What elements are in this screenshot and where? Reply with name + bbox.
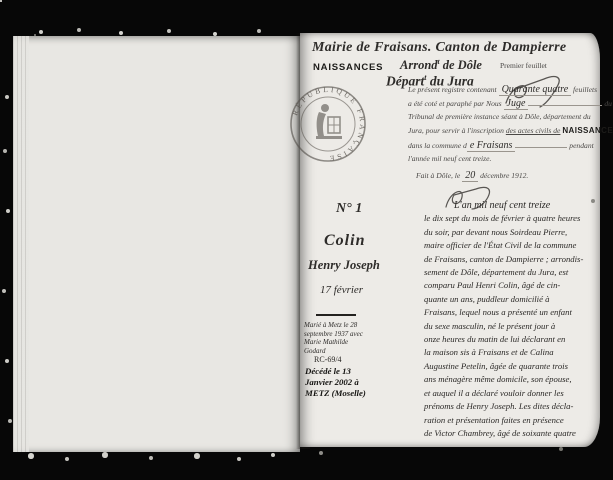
margin-given-names: Henry Joseph xyxy=(308,258,380,273)
handwritten-fill-commune: e Fraisans xyxy=(467,140,516,152)
preamble-printed: dans la commune d xyxy=(408,141,467,150)
preamble-printed: a été coté et paraphé par Nous xyxy=(408,99,502,108)
preamble-printed: Le présent registre contenant xyxy=(408,85,497,94)
act-line: prénoms de Henry Joseph. Les dites décla… xyxy=(424,400,598,413)
naissances-bold-label: NAISSANCES xyxy=(562,126,613,135)
page-title: Mairie de Fraisans. Canton de Dampierre xyxy=(312,40,566,56)
preamble-printed: pendant xyxy=(569,141,593,150)
act-line: ans ménagère même domicile, son épouse, xyxy=(424,373,598,386)
preamble-line-5: dans la commune de Fraisans pendant xyxy=(408,140,600,151)
handwritten-fill-feuillets-count: Quarante quatre xyxy=(499,84,572,96)
act-line: du sexe masculin, né le présent jour à xyxy=(424,320,598,333)
handwritten-fill-authority: Juge xyxy=(504,98,529,110)
act-line: du soir, par devant nous Soirdeau Pierre… xyxy=(424,226,598,239)
marianne-figure-icon xyxy=(316,104,342,139)
act-line: quante un ans, puddleur domicilié à xyxy=(424,293,598,306)
margin-divider-line xyxy=(316,314,356,316)
naissances-label: NAISSANCES xyxy=(313,62,383,73)
margin-reference: RC-69/4 xyxy=(314,355,342,364)
act-line: sement de Dôle, département du Jura, est xyxy=(424,266,598,279)
act-line: et auquel il a déclaré vouloir donner le… xyxy=(424,387,598,400)
death-margin-note: Décédé le 13 Janvier 2002 à METZ (Mosell… xyxy=(305,366,373,399)
act-line: Fraisans, lequel nous a présenté un enfa… xyxy=(424,306,598,319)
preamble-printed: du xyxy=(604,99,612,108)
preamble-line-1: Le présent registre contenant Quarante q… xyxy=(408,84,600,95)
arrondissement-text: Arrond xyxy=(400,58,438,72)
act-line: de Fraisans, canton de Dampierre ; arron… xyxy=(424,253,598,266)
fill-rule xyxy=(528,98,602,106)
preamble-printed: Jura, pour servir à l'inscription xyxy=(408,126,506,135)
fill-rule xyxy=(515,140,567,148)
preamble-line-3: Tribunal de première instance séant à Dô… xyxy=(408,112,600,121)
republique-francaise-stamp: RÉPUBLIQUE FRANÇAISE xyxy=(288,84,368,164)
act-line: comparu Paul Henri Colin, âgé de cin- xyxy=(424,279,598,292)
scan-noise-specks-bottom xyxy=(0,0,2,2)
act-line: L'an mil neuf cent treize xyxy=(424,199,598,212)
preamble-line-6: l'année mil neuf cent treize. xyxy=(408,154,600,163)
marriage-margin-note: Marié à Metz le 28 septembre 1937 avec M… xyxy=(304,321,370,355)
act-line: Augustine Petelin, âgée de quarante troi… xyxy=(424,360,598,373)
page-stack-edges xyxy=(13,36,29,452)
act-line: ration et présentation faites en présenc… xyxy=(424,414,598,427)
preamble-underlined: des actes civils de xyxy=(506,126,561,135)
preamble-line-2: a été coté et paraphé par Nous Juge du xyxy=(408,98,600,109)
act-page: Mairie de Fraisans. Canton de Dampierre … xyxy=(300,33,600,447)
act-line: le dix sept du mois de février à quatre … xyxy=(424,212,598,225)
act-number: N° 1 xyxy=(336,201,362,217)
act-line: maire officier de l'État Civil de la com… xyxy=(424,239,598,252)
act-line: la maison sis à Fraisans et de Calina xyxy=(424,346,598,359)
act-line: onze heures du matin de lui déclarant en xyxy=(424,333,598,346)
margin-act-date: 17 février xyxy=(320,284,363,296)
blank-left-page xyxy=(13,36,300,452)
margin-surname: Colin xyxy=(324,232,365,250)
preamble-printed: feuillets xyxy=(573,85,597,94)
preamble-line-4: Jura, pour servir à l'inscription des ac… xyxy=(408,126,600,135)
arrondissement-line: Arrondt de Dôle xyxy=(400,57,482,73)
register-scan: Mairie de Fraisans. Canton de Dampierre … xyxy=(0,0,613,480)
arrondissement-rest: de Dôle xyxy=(440,58,482,72)
act-text: L'an mil neuf cent treize le dix sept du… xyxy=(424,199,598,440)
act-line: de Victor Chambrey, âgé de soixante quat… xyxy=(424,427,598,440)
